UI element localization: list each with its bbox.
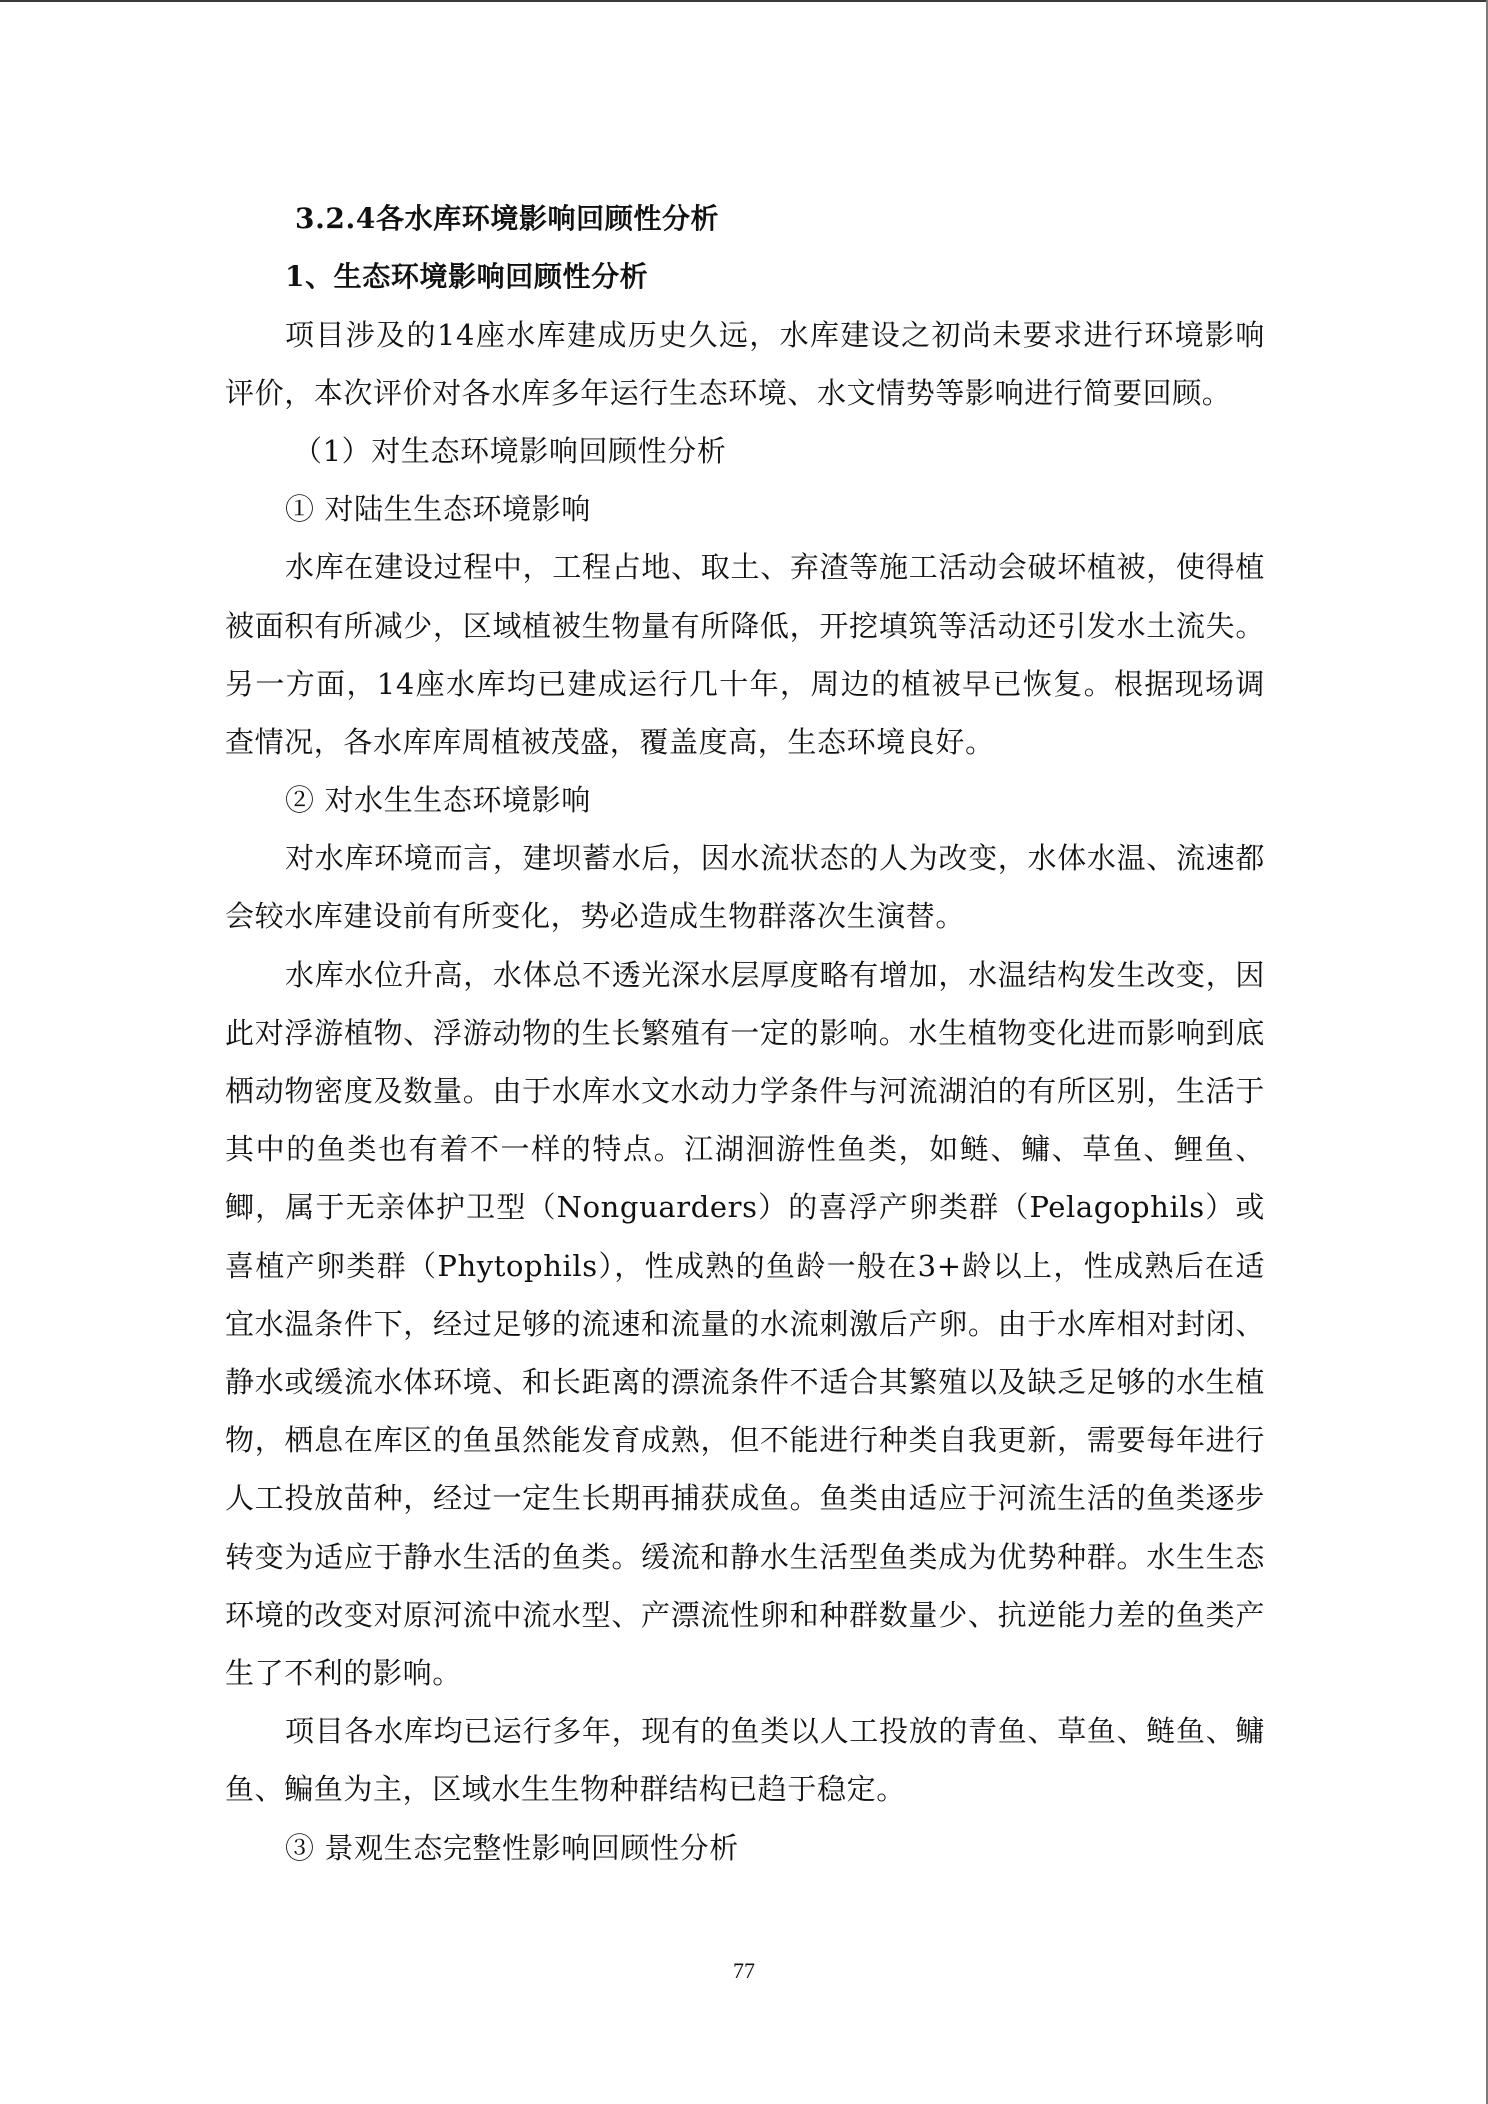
item-aquatic: ② 对水生生态环境影响 对水库环境而言，建坝蓄水后，因水流状态的人为改变，水体水… <box>225 771 1265 1818</box>
page-top-border <box>0 0 1488 2</box>
document-body: 3.2.4各水库环境影响回顾性分析 1、生态环境影响回顾性分析 项目涉及的14座… <box>225 190 1265 1877</box>
item-terrestrial: ① 对陆生生态环境影响 水库在建设过程中，工程占地、取土、弃渣等施工活动会破坏植… <box>225 480 1265 771</box>
item-heading-aquatic: ② 对水生生态环境影响 <box>225 771 1265 829</box>
item-landscape: ③ 景观生态完整性影响回顾性分析 <box>225 1819 1265 1877</box>
intro-paragraph: 项目涉及的14座水库建成历史久远，水库建设之初尚未要求进行环境影响评价，本次评价… <box>225 306 1265 422</box>
item-heading-terrestrial: ① 对陆生生态环境影响 <box>225 480 1265 538</box>
paragraph: 项目各水库均已运行多年，现有的鱼类以人工投放的青鱼、草鱼、鲢鱼、鳙鱼、鳊鱼为主，… <box>225 1702 1265 1818</box>
page-number: 77 <box>0 1958 1488 1984</box>
item-heading-landscape: ③ 景观生态完整性影响回顾性分析 <box>225 1819 1265 1877</box>
subsection-heading: （1）对生态环境影响回顾性分析 <box>225 422 1265 480</box>
paragraph: 水库水位升高，水体总不透光深水层厚度略有增加，水温结构发生改变，因此对浮游植物、… <box>225 946 1265 1703</box>
paragraph: 水库在建设过程中，工程占地、取土、弃渣等施工活动会破坏植被，使得植被面积有所减少… <box>225 538 1265 771</box>
paragraph: 对水库环境而言，建坝蓄水后，因水流状态的人为改变，水体水温、流速都会较水库建设前… <box>225 829 1265 945</box>
subheading: 1、生态环境影响回顾性分析 <box>225 248 1265 306</box>
section-heading: 3.2.4各水库环境影响回顾性分析 <box>225 190 1265 248</box>
